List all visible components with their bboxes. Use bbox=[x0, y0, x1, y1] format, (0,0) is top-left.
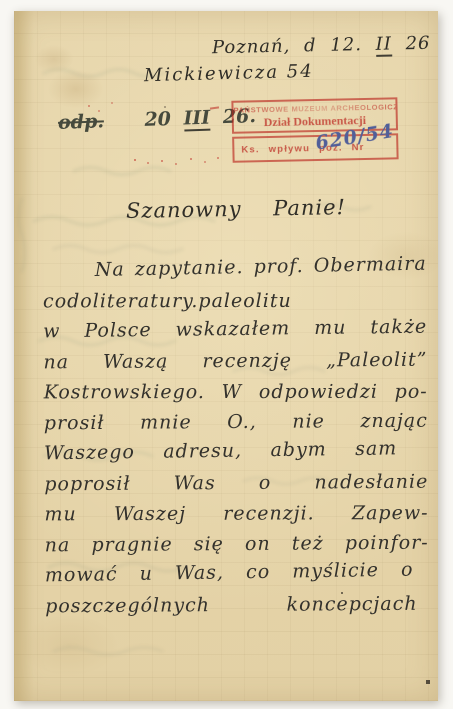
body-line: wPolscewskazałemmutakże bbox=[43, 316, 427, 351]
archival-note: odp. 20 III 26. bbox=[58, 106, 227, 134]
body-line: muWaszejrecenzji.Zapew- bbox=[44, 502, 428, 534]
address-line: Mickiewicza 54 bbox=[144, 61, 314, 86]
body-line: poszczególnychkoncepcjach bbox=[45, 592, 418, 625]
body-line: codoliteratury.paleolitu bbox=[43, 289, 289, 320]
body-line: Nazapytanie.prof.Obermaira bbox=[95, 253, 428, 290]
date-year: 26 bbox=[405, 33, 430, 55]
letter-paper: Poznań, d 12. II 26 Mickiewicza 54 odp. … bbox=[14, 11, 438, 701]
letter-body: Nazapytanie.prof.Obermaira codoliteratur… bbox=[43, 257, 430, 626]
body-line: poprosiłWasonadesłanie bbox=[44, 470, 428, 503]
body-line: naWasząrecenzję„Paleolit” bbox=[43, 348, 427, 381]
body-line: Kostrowskiego.Wodpowiedzipo- bbox=[44, 381, 428, 412]
stamp-register-box: Ks. wpływu poz. Nr 620/54 bbox=[232, 133, 399, 162]
date-month-roman-underlined: II bbox=[375, 33, 392, 56]
date-place-day: Poznań, d 12. bbox=[212, 34, 362, 58]
received-stamp: PAŃSTWOWE MUZEUM ARCHEOLOGICZNE Dział Do… bbox=[231, 97, 402, 163]
note-day: 20 bbox=[144, 108, 171, 131]
body-line: Waszegoadresu,abymsam bbox=[44, 437, 398, 472]
scanned-letter-page: Poznań, d 12. II 26 Mickiewicza 54 odp. … bbox=[0, 0, 453, 709]
note-odp-struck: odp. bbox=[58, 110, 105, 134]
note-month-roman-underlined: III bbox=[183, 107, 210, 132]
body-line: mowaćuWas,comyślicieo bbox=[45, 559, 414, 595]
salutation: SzanownyPanie! bbox=[126, 195, 346, 223]
ink-specks bbox=[14, 11, 16, 13]
